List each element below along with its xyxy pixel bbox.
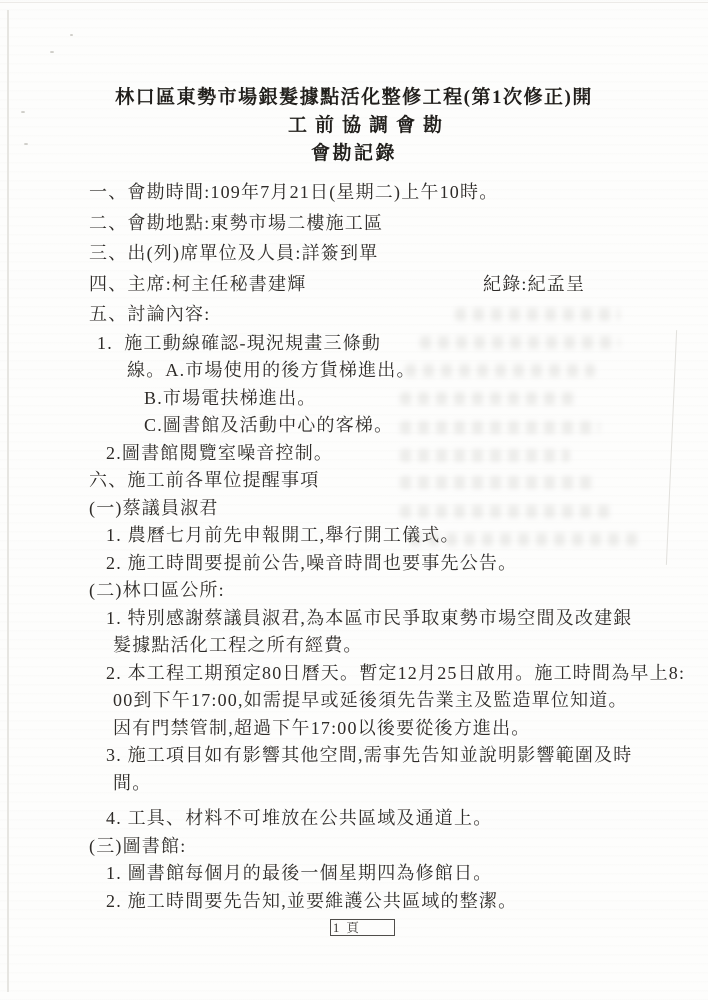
bleed-through-row: [400, 449, 570, 462]
bleed-through-row: [410, 533, 640, 546]
bleed-through-row: [400, 421, 600, 434]
line-subsection-3-heading: (三)圖書館:: [0, 833, 708, 861]
bleed-through-row: [455, 308, 620, 321]
page-number: 1 頁: [333, 921, 361, 935]
line-subsection-2-heading: (二)林口區公所:: [0, 577, 708, 605]
bleed-through-row: [405, 364, 595, 377]
scanned-page: 林口區東勢市場銀髮據點活化整修工程(第1次修正)開 工前協調會勘 會勘記錄 一、…: [0, 0, 708, 1000]
line-chair-and-recorder: 四、主席:柯主任秘書建輝紀錄:紀孟呈: [0, 269, 708, 300]
scan-speck: [50, 51, 54, 53]
line-discussion-item-2: 2.圖書館閱覽室噪音控制。: [0, 440, 708, 468]
line-route-b: B.市場電扶梯進出。: [0, 385, 708, 413]
line-councilor-note-2: 2. 施工時間要提前公告,噪音時間也要事先公告。: [0, 550, 708, 578]
title-line-1: 林口區東勢市場銀髮據點活化整修工程(第1次修正)開: [0, 84, 708, 112]
line-meeting-location: 二、會勘地點:東勢市場二樓施工區: [0, 208, 708, 239]
line-office-note-1-cont: 髮據點活化工程之所有經費。: [0, 632, 708, 660]
line-route-a: 線。A.市場使用的後方貨梯進出。: [0, 357, 708, 385]
line-office-note-1: 1. 特別感謝蔡議員淑君,為本區市民爭取東勢市場空間及改建銀: [0, 605, 708, 633]
bleed-through-row: [400, 476, 595, 489]
bleed-through-row: [420, 336, 620, 349]
line-office-note-2-cont-2: 因有門禁管制,超過下午17:00以後要從後方進出。: [0, 715, 708, 743]
scan-edge-top-artifact: [0, 2, 708, 3]
page-number-box: 1 頁: [330, 919, 395, 936]
title-line-3: 會勘記錄: [0, 140, 708, 168]
bleed-through-row: [400, 505, 615, 518]
scan-speck: [70, 34, 73, 36]
line-office-note-2-cont-1: 00到下午17:00,如需提早或延後須先告業主及監造單位知道。: [0, 687, 708, 715]
meeting-record-body: 一、會勘時間:109年7月21日(星期二)上午10時。 二、會勘地點:東勢市場二…: [0, 177, 708, 915]
line-route-c: C.圖書館及活動中心的客梯。: [0, 412, 708, 440]
line-office-note-4: 4. 工具、材料不可堆放在公共區域及通道上。: [0, 805, 708, 833]
chair-text: 四、主席:柯主任秘書建輝: [89, 274, 306, 294]
line-attendees: 三、出(列)席單位及人員:詳簽到單: [0, 238, 708, 269]
line-section-6-heading: 六、施工前各單位提醒事項: [0, 467, 708, 495]
line-library-note-1: 1. 圖書館每個月的最後一個星期四為修館日。: [0, 860, 708, 888]
document-title: 林口區東勢市場銀髮據點活化整修工程(第1次修正)開 工前協調會勘 會勘記錄: [0, 84, 708, 168]
line-meeting-time: 一、會勘時間:109年7月21日(星期二)上午10時。: [0, 177, 708, 208]
line-library-note-2: 2. 施工時間要先告知,並要維護公共區域的整潔。: [0, 888, 708, 916]
line-office-note-3: 3. 施工項目如有影響其他空間,需事先告知並說明影響範圍及時: [0, 742, 708, 770]
title-line-2: 工前協調會勘: [0, 112, 708, 140]
line-office-note-3-cont: 間。: [0, 770, 708, 798]
bleed-through-row: [400, 392, 580, 405]
recorder-text: 紀錄:紀孟呈: [483, 269, 585, 300]
line-office-note-2: 2. 本工程工期預定80日曆天。暫定12月25日啟用。施工時間為早上8:: [0, 660, 708, 688]
